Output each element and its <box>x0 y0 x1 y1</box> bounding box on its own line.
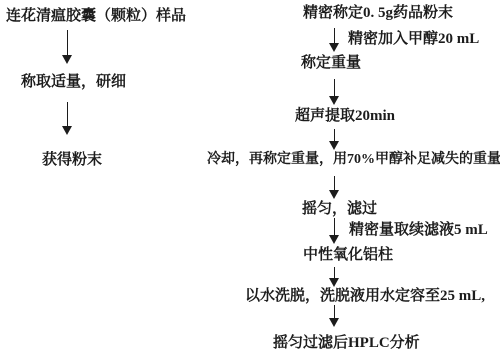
flow-step-water-elution: 以水洗脱，洗脱液用水定容至25 mL, <box>245 288 485 305</box>
flow-step-shake-filter: 摇匀，滤过 <box>302 201 377 218</box>
down-arrow <box>334 28 335 43</box>
down-arrow <box>334 129 335 141</box>
down-arrow <box>334 305 335 318</box>
flow-step-alumina-column: 中性氧化铝柱 <box>303 247 393 264</box>
flow-step-weigh-total: 称定重量 <box>301 55 361 72</box>
flow-step-cool-reweigh: 冷却，再称定重量，用70%甲醇补足减失的重量 <box>207 152 500 168</box>
flow-step-hplc-analysis: 摇匀过滤后HPLC分析 <box>273 335 420 352</box>
flow-step-sample-source: 连花清瘟胶囊（颗粒）样品 <box>6 8 186 25</box>
flow-step-weigh-powder: 精密称定0. 5g药品粉末 <box>303 5 453 22</box>
down-arrow <box>334 218 335 235</box>
flow-step-ultrasonic-extraction: 超声提取20min <box>295 108 395 125</box>
flow-step-weigh-grind: 称取适量，研细 <box>21 74 126 91</box>
down-arrow <box>334 79 335 96</box>
flow-step-obtain-powder: 获得粉末 <box>42 152 102 169</box>
down-arrow <box>334 176 335 190</box>
arrow-label-add-methanol: 精密加入甲醇20 mL <box>348 31 479 48</box>
arrow-label-measure-filtrate: 精密量取续滤液5 mL <box>349 222 488 239</box>
down-arrow <box>334 267 335 278</box>
down-arrow <box>67 102 68 126</box>
down-arrow <box>67 30 68 55</box>
flowchart-diagram: 连花清瘟胶囊（颗粒）样品 称取适量，研细 获得粉末 精密称定0. 5g药品粉末 … <box>0 0 500 363</box>
